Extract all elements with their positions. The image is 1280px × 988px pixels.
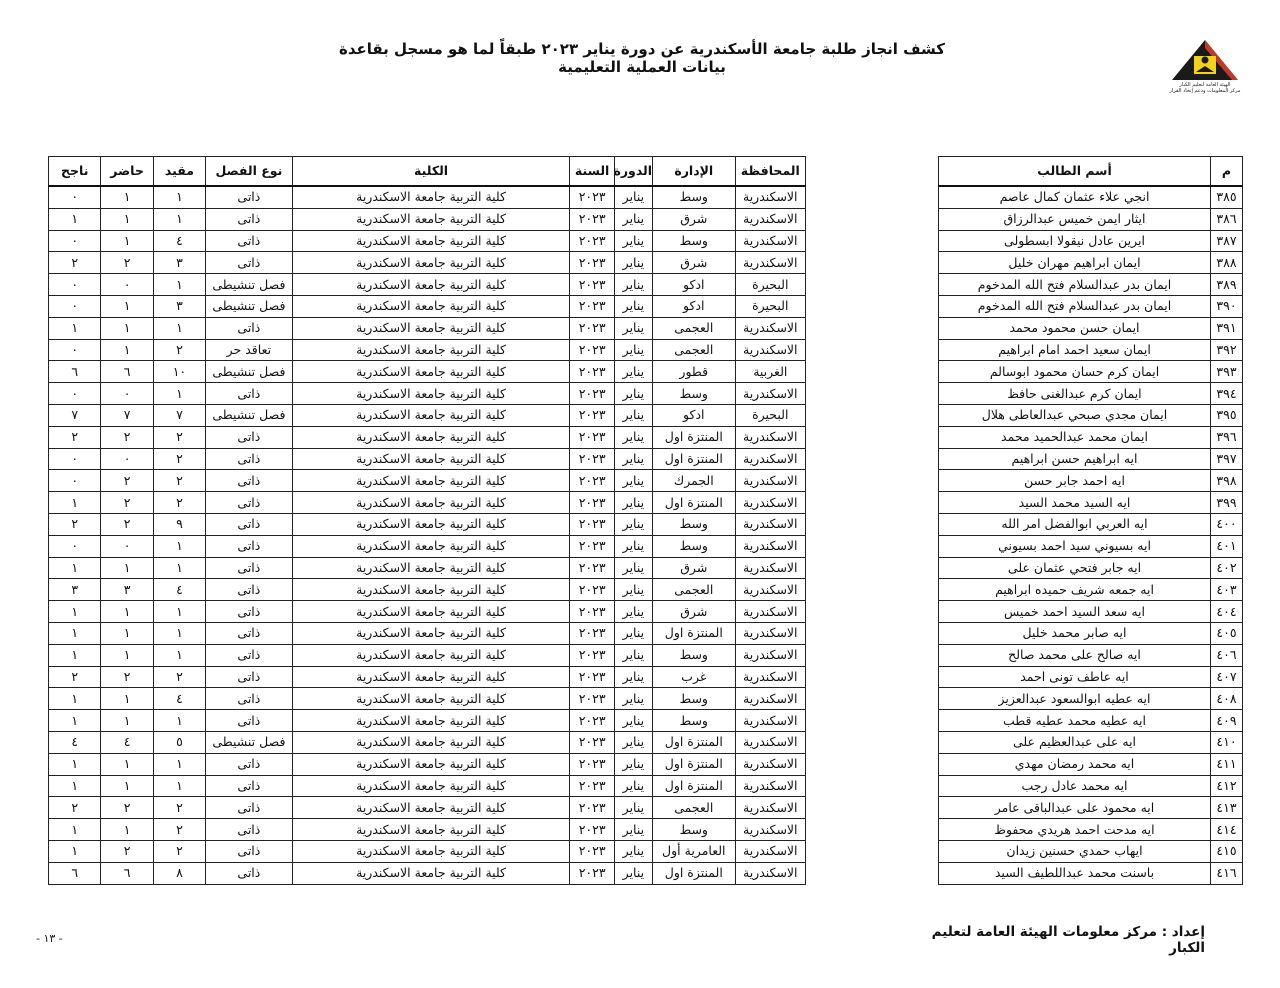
cell-enrolled: ٢ [153, 339, 205, 361]
cell-year: ٢٠٢٣ [570, 230, 614, 252]
cell-faculty: كلية التربية جامعة الاسكندرية [292, 819, 570, 841]
student-row: ٣٨٥انجي علاء عثمان كمال عاصم [939, 186, 1243, 208]
cell-student-name: ايمان محمد عبدالحميد محمد [939, 426, 1211, 448]
cell-class-type: ذاتى [206, 557, 293, 579]
cell-student-name: ايه سعد السيد احمد خميس [939, 601, 1211, 623]
cell-faculty: كلية التربية جامعة الاسكندرية [292, 688, 570, 710]
cell-enrolled: ١ [153, 317, 205, 339]
cell-present: ١ [101, 710, 153, 732]
cell-class-type: ذاتى [206, 622, 293, 644]
cell-enrolled: ٤ [153, 579, 205, 601]
cell-student-name: ايه محمد عادل رجب [939, 775, 1211, 797]
cell-index: ٣٩٩ [1211, 492, 1243, 514]
cell-year: ٢٠٢٣ [570, 557, 614, 579]
cell-student-name: ايمان مجدي صبحي عبدالعاطى هلال [939, 404, 1211, 426]
cell-index: ٤٠٢ [1211, 557, 1243, 579]
student-row: ٣٩٤ايمان كرم عبدالغنى حافظ [939, 383, 1243, 405]
cell-faculty: كلية التربية جامعة الاسكندرية [292, 492, 570, 514]
cell-year: ٢٠٢٣ [570, 535, 614, 557]
cell-year: ٢٠٢٣ [570, 513, 614, 535]
student-row: ٣٨٦ايثار ايمن خميس عبدالرزاق [939, 208, 1243, 230]
cell-administration: المنتزة اول [653, 731, 736, 753]
student-row: ٤١١ايه محمد رمضان مهدي [939, 753, 1243, 775]
cell-year: ٢٠٢٣ [570, 775, 614, 797]
cell-index: ٤٠١ [1211, 535, 1243, 557]
cell-enrolled: ١ [153, 535, 205, 557]
cell-present: ١ [101, 208, 153, 230]
cell-passed: ٢ [49, 666, 101, 688]
cell-class-type: فصل تنشيطى [206, 731, 293, 753]
cell-faculty: كلية التربية جامعة الاسكندرية [292, 361, 570, 383]
cell-class-type: فصل تنشيطى [206, 274, 293, 296]
cell-faculty: كلية التربية جامعة الاسكندرية [292, 230, 570, 252]
cell-enrolled: ٢ [153, 470, 205, 492]
cell-passed: ١ [49, 819, 101, 841]
cell-index: ٤١٠ [1211, 731, 1243, 753]
cell-index: ٤١٥ [1211, 840, 1243, 862]
cell-session: يناير [614, 513, 652, 535]
cell-enrolled: ١ [153, 622, 205, 644]
cell-governorate: الاسكندرية [735, 579, 805, 601]
student-row: ٤٠٣ايه جمعه شريف حميده ابراهيم [939, 579, 1243, 601]
cell-enrolled: ٢ [153, 492, 205, 514]
cell-year: ٢٠٢٣ [570, 317, 614, 339]
cell-enrolled: ٢ [153, 819, 205, 841]
cell-enrolled: ١ [153, 601, 205, 623]
cell-governorate: الاسكندرية [735, 688, 805, 710]
cell-present: ١ [101, 186, 153, 208]
cell-year: ٢٠٢٣ [570, 404, 614, 426]
cell-index: ٣٩٨ [1211, 470, 1243, 492]
cell-present: ١ [101, 601, 153, 623]
cell-enrolled: ٢ [153, 797, 205, 819]
cell-index: ٤١٤ [1211, 819, 1243, 841]
cell-class-type: ذاتى [206, 862, 293, 884]
cell-index: ٣٩١ [1211, 317, 1243, 339]
cell-passed: ٢ [49, 426, 101, 448]
cell-enrolled: ١ [153, 753, 205, 775]
student-row: ٤١٣ايه محمود على عبدالباقى عامر [939, 797, 1243, 819]
details-row: الاسكندريةشرقيناير٢٠٢٣كلية التربية جامعة… [49, 601, 806, 623]
cell-administration: وسط [653, 186, 736, 208]
cell-enrolled: ٤ [153, 230, 205, 252]
cell-present: ٠ [101, 448, 153, 470]
cell-student-name: ايمان كرم حسان محمود ابوسالم [939, 361, 1211, 383]
cell-class-type: ذاتى [206, 230, 293, 252]
cell-student-name: ايه عاطف تونى احمد [939, 666, 1211, 688]
header-administration: الإدارة [653, 157, 736, 187]
cell-passed: ٢ [49, 513, 101, 535]
cell-student-name: ايمان سعيد احمد امام ابراهيم [939, 339, 1211, 361]
details-row: الاسكندريةالعجمىيناير٢٠٢٣كلية التربية جا… [49, 797, 806, 819]
cell-present: ١ [101, 622, 153, 644]
cell-passed: ٧ [49, 404, 101, 426]
cell-student-name: ايه العربي ابوالفضل امر الله [939, 513, 1211, 535]
cell-session: يناير [614, 208, 652, 230]
cell-administration: شرق [653, 601, 736, 623]
details-table-header: المحافظة الإدارة الدورة السنة الكلية نوع… [49, 157, 806, 187]
cell-session: يناير [614, 666, 652, 688]
cell-class-type: فصل تنشيطى [206, 361, 293, 383]
cell-administration: العجمى [653, 579, 736, 601]
cell-present: ٢ [101, 797, 153, 819]
cell-student-name: ايمان بدر عبدالسلام فتح الله المدخوم [939, 274, 1211, 296]
student-row: ٣٩٧ايه ابراهيم حسن ابراهيم [939, 448, 1243, 470]
cell-governorate: الاسكندرية [735, 862, 805, 884]
cell-student-name: ايه عطيه محمد عطيه قطب [939, 710, 1211, 732]
cell-student-name: ايه صالح على محمد صالح [939, 644, 1211, 666]
cell-session: يناير [614, 274, 652, 296]
cell-governorate: الاسكندرية [735, 470, 805, 492]
cell-index: ٤٠٤ [1211, 601, 1243, 623]
cell-administration: العامرية أول [653, 840, 736, 862]
cell-class-type: فصل تنشيطى [206, 404, 293, 426]
cell-student-name: ايه صابر محمد خليل [939, 622, 1211, 644]
cell-student-name: باسنت محمد عبداللطيف السيد [939, 862, 1211, 884]
cell-session: يناير [614, 361, 652, 383]
cell-passed: ٢ [49, 797, 101, 819]
cell-administration: العجمى [653, 797, 736, 819]
details-row: الاسكندريةالمنتزة اوليناير٢٠٢٣كلية الترب… [49, 448, 806, 470]
cell-enrolled: ١ [153, 186, 205, 208]
cell-administration: وسط [653, 513, 736, 535]
cell-governorate: الاسكندرية [735, 230, 805, 252]
header-present: حاضر [101, 157, 153, 187]
cell-faculty: كلية التربية جامعة الاسكندرية [292, 317, 570, 339]
students-table: م أسم الطالب ٣٨٥انجي علاء عثمان كمال عاص… [938, 156, 1243, 885]
cell-student-name: ايهاب حمدي حسنين زيدان [939, 840, 1211, 862]
triangle-reader-icon [1166, 38, 1244, 82]
details-row: البحيرةادكويناير٢٠٢٣كلية التربية جامعة ا… [49, 295, 806, 317]
student-row: ٤١٦باسنت محمد عبداللطيف السيد [939, 862, 1243, 884]
cell-index: ٣٩٧ [1211, 448, 1243, 470]
cell-faculty: كلية التربية جامعة الاسكندرية [292, 775, 570, 797]
cell-enrolled: ١ [153, 383, 205, 405]
cell-enrolled: ٢ [153, 666, 205, 688]
cell-faculty: كلية التربية جامعة الاسكندرية [292, 208, 570, 230]
cell-class-type: ذاتى [206, 513, 293, 535]
cell-year: ٢٠٢٣ [570, 840, 614, 862]
cell-class-type: ذاتى [206, 775, 293, 797]
cell-index: ٤١١ [1211, 753, 1243, 775]
cell-student-name: ايه السيد محمد السيد [939, 492, 1211, 514]
details-row: الاسكندريةالعجمىيناير٢٠٢٣كلية التربية جا… [49, 339, 806, 361]
cell-present: ١ [101, 819, 153, 841]
cell-present: ١ [101, 775, 153, 797]
cell-present: ١ [101, 295, 153, 317]
cell-administration: المنتزة اول [653, 753, 736, 775]
cell-student-name: ايه محمود على عبدالباقى عامر [939, 797, 1211, 819]
cell-faculty: كلية التربية جامعة الاسكندرية [292, 470, 570, 492]
cell-session: يناير [614, 710, 652, 732]
details-row: الاسكندريةالعجمىيناير٢٠٢٣كلية التربية جا… [49, 317, 806, 339]
cell-present: ٢ [101, 840, 153, 862]
cell-administration: الجمرك [653, 470, 736, 492]
cell-class-type: ذاتى [206, 317, 293, 339]
details-row: الاسكندريةالمنتزة اوليناير٢٠٢٣كلية الترب… [49, 731, 806, 753]
cell-present: ٦ [101, 862, 153, 884]
cell-faculty: كلية التربية جامعة الاسكندرية [292, 840, 570, 862]
details-row: الاسكندريةوسطيناير٢٠٢٣كلية التربية جامعة… [49, 535, 806, 557]
cell-governorate: البحيرة [735, 404, 805, 426]
cell-faculty: كلية التربية جامعة الاسكندرية [292, 404, 570, 426]
cell-session: يناير [614, 317, 652, 339]
cell-index: ٣٩٢ [1211, 339, 1243, 361]
cell-faculty: كلية التربية جامعة الاسكندرية [292, 535, 570, 557]
details-row: الاسكندريةوسطيناير٢٠٢٣كلية التربية جامعة… [49, 230, 806, 252]
cell-governorate: الاسكندرية [735, 819, 805, 841]
cell-present: ٠ [101, 535, 153, 557]
details-row: الاسكندريةشرقيناير٢٠٢٣كلية التربية جامعة… [49, 557, 806, 579]
student-row: ٤٠٩ايه عطيه محمد عطيه قطب [939, 710, 1243, 732]
student-row: ٣٨٧ايرين عادل نيقولا ابسطولى [939, 230, 1243, 252]
cell-governorate: الاسكندرية [735, 622, 805, 644]
cell-passed: ٠ [49, 535, 101, 557]
cell-index: ٣٩٣ [1211, 361, 1243, 383]
cell-student-name: ايمان بدر عبدالسلام فتح الله المدخوم [939, 295, 1211, 317]
cell-year: ٢٠٢٣ [570, 731, 614, 753]
cell-governorate: الاسكندرية [735, 513, 805, 535]
cell-passed: ١ [49, 753, 101, 775]
cell-faculty: كلية التربية جامعة الاسكندرية [292, 513, 570, 535]
cell-session: يناير [614, 622, 652, 644]
cell-class-type: ذاتى [206, 753, 293, 775]
cell-governorate: الاسكندرية [735, 426, 805, 448]
cell-present: ١ [101, 688, 153, 710]
details-row: الاسكندريةوسطيناير٢٠٢٣كلية التربية جامعة… [49, 688, 806, 710]
cell-year: ٢٠٢٣ [570, 601, 614, 623]
cell-passed: ١ [49, 710, 101, 732]
header-passed: ناجح [49, 157, 101, 187]
student-row: ٣٩٦ايمان محمد عبدالحميد محمد [939, 426, 1243, 448]
cell-passed: ١ [49, 644, 101, 666]
details-row: الاسكندريةالعامرية أوليناير٢٠٢٣كلية التر… [49, 840, 806, 862]
cell-student-name: ايه جابر فتحي عثمان على [939, 557, 1211, 579]
cell-faculty: كلية التربية جامعة الاسكندرية [292, 426, 570, 448]
cell-passed: ١ [49, 557, 101, 579]
cell-administration: المنتزة اول [653, 622, 736, 644]
cell-index: ٣٨٨ [1211, 252, 1243, 274]
cell-passed: ٠ [49, 186, 101, 208]
cell-enrolled: ١ [153, 274, 205, 296]
details-row: الاسكندريةوسطيناير٢٠٢٣كلية التربية جامعة… [49, 644, 806, 666]
cell-student-name: انجي علاء عثمان كمال عاصم [939, 186, 1211, 208]
cell-student-name: ايمان حسن محمود محمد [939, 317, 1211, 339]
cell-class-type: ذاتى [206, 383, 293, 405]
cell-faculty: كلية التربية جامعة الاسكندرية [292, 601, 570, 623]
details-table: المحافظة الإدارة الدورة السنة الكلية نوع… [48, 156, 806, 885]
cell-passed: ١ [49, 492, 101, 514]
cell-class-type: ذاتى [206, 688, 293, 710]
cell-governorate: الاسكندرية [735, 666, 805, 688]
cell-session: يناير [614, 252, 652, 274]
cell-administration: المنتزة اول [653, 862, 736, 884]
cell-year: ٢٠٢٣ [570, 688, 614, 710]
cell-administration: العجمى [653, 317, 736, 339]
details-row: الاسكندريةالمنتزة اوليناير٢٠٢٣كلية الترب… [49, 492, 806, 514]
header-student-name: أسم الطالب [939, 157, 1211, 187]
cell-year: ٢٠٢٣ [570, 644, 614, 666]
cell-class-type: ذاتى [206, 426, 293, 448]
details-row: الاسكندريةالمنتزة اوليناير٢٠٢٣كلية الترب… [49, 862, 806, 884]
details-row: الاسكندريةشرقيناير٢٠٢٣كلية التربية جامعة… [49, 252, 806, 274]
cell-class-type: ذاتى [206, 186, 293, 208]
cell-passed: ١ [49, 775, 101, 797]
cell-class-type: ذاتى [206, 208, 293, 230]
cell-present: ١ [101, 557, 153, 579]
student-row: ٤١٢ايه محمد عادل رجب [939, 775, 1243, 797]
cell-class-type: ذاتى [206, 448, 293, 470]
cell-administration: شرق [653, 208, 736, 230]
cell-student-name: ايه جمعه شريف حميده ابراهيم [939, 579, 1211, 601]
cell-present: ١ [101, 317, 153, 339]
header-governorate: المحافظة [735, 157, 805, 187]
cell-enrolled: ١ [153, 644, 205, 666]
cell-index: ٣٩٥ [1211, 404, 1243, 426]
cell-present: ٢ [101, 426, 153, 448]
cell-year: ٢٠٢٣ [570, 208, 614, 230]
details-row: الاسكندريةالمنتزة اوليناير٢٠٢٣كلية الترب… [49, 775, 806, 797]
cell-class-type: ذاتى [206, 710, 293, 732]
cell-administration: شرق [653, 252, 736, 274]
cell-index: ٤٠٩ [1211, 710, 1243, 732]
cell-present: ٢ [101, 252, 153, 274]
cell-class-type: ذاتى [206, 601, 293, 623]
cell-present: ٢ [101, 470, 153, 492]
cell-class-type: ذاتى [206, 666, 293, 688]
document-title: كشف انجاز طلبة جامعة الأسكندرية عن دورة … [330, 40, 954, 76]
cell-student-name: ايه مدحت احمد هريدي محفوظ [939, 819, 1211, 841]
details-row: الاسكندريةوسطيناير٢٠٢٣كلية التربية جامعة… [49, 383, 806, 405]
cell-year: ٢٠٢٣ [570, 274, 614, 296]
students-table-header: م أسم الطالب [939, 157, 1243, 187]
cell-session: يناير [614, 644, 652, 666]
cell-faculty: كلية التربية جامعة الاسكندرية [292, 622, 570, 644]
student-row: ٤١٤ايه مدحت احمد هريدي محفوظ [939, 819, 1243, 841]
cell-session: يناير [614, 862, 652, 884]
cell-index: ٣٩٤ [1211, 383, 1243, 405]
cell-administration: وسط [653, 230, 736, 252]
details-row: الاسكندريةالمنتزة اوليناير٢٠٢٣كلية الترب… [49, 426, 806, 448]
cell-enrolled: ١ [153, 557, 205, 579]
cell-year: ٢٠٢٣ [570, 339, 614, 361]
cell-administration: ادكو [653, 295, 736, 317]
header-faculty: الكلية [292, 157, 570, 187]
cell-index: ٤١٦ [1211, 862, 1243, 884]
cell-passed: ٠ [49, 383, 101, 405]
cell-present: ١ [101, 644, 153, 666]
cell-administration: وسط [653, 644, 736, 666]
cell-governorate: الاسكندرية [735, 383, 805, 405]
cell-present: ١ [101, 753, 153, 775]
prepared-label: إعداد : [1162, 924, 1205, 940]
cell-index: ٣٨٩ [1211, 274, 1243, 296]
cell-enrolled: ٤ [153, 688, 205, 710]
cell-session: يناير [614, 797, 652, 819]
cell-index: ٤١٢ [1211, 775, 1243, 797]
cell-session: يناير [614, 448, 652, 470]
cell-faculty: كلية التربية جامعة الاسكندرية [292, 448, 570, 470]
cell-student-name: ايرين عادل نيقولا ابسطولى [939, 230, 1211, 252]
cell-administration: المنتزة اول [653, 775, 736, 797]
cell-index: ٣٨٧ [1211, 230, 1243, 252]
cell-faculty: كلية التربية جامعة الاسكندرية [292, 797, 570, 819]
cell-faculty: كلية التربية جامعة الاسكندرية [292, 862, 570, 884]
header-enrolled: مقيد [153, 157, 205, 187]
cell-year: ٢٠٢٣ [570, 470, 614, 492]
cell-index: ٣٩٠ [1211, 295, 1243, 317]
cell-enrolled: ١٠ [153, 361, 205, 383]
cell-session: يناير [614, 426, 652, 448]
cell-governorate: الغربية [735, 361, 805, 383]
cell-present: ٧ [101, 404, 153, 426]
cell-student-name: ايه احمد جابر حسن [939, 470, 1211, 492]
cell-student-name: ايه على عبدالعظيم على [939, 731, 1211, 753]
cell-enrolled: ٧ [153, 404, 205, 426]
cell-year: ٢٠٢٣ [570, 295, 614, 317]
cell-passed: ١ [49, 840, 101, 862]
cell-session: يناير [614, 383, 652, 405]
cell-student-name: ايثار ايمن خميس عبدالرزاق [939, 208, 1211, 230]
cell-administration: العجمى [653, 339, 736, 361]
cell-student-name: ايمان ابراهيم مهران خليل [939, 252, 1211, 274]
details-row: الاسكندريةوسطيناير٢٠٢٣كلية التربية جامعة… [49, 513, 806, 535]
prepared-by: إعداد : مركز معلومات الهيئة العامة لتعلي… [905, 924, 1205, 956]
cell-year: ٢٠٢٣ [570, 753, 614, 775]
cell-index: ٤٠٧ [1211, 666, 1243, 688]
details-row: الاسكندريةوسطيناير٢٠٢٣كلية التربية جامعة… [49, 710, 806, 732]
cell-passed: ٦ [49, 361, 101, 383]
cell-session: يناير [614, 840, 652, 862]
student-row: ٤٠٢ايه جابر فتحي عثمان على [939, 557, 1243, 579]
cell-year: ٢٠٢٣ [570, 492, 614, 514]
cell-session: يناير [614, 295, 652, 317]
cell-year: ٢٠٢٣ [570, 862, 614, 884]
cell-present: ٢ [101, 666, 153, 688]
cell-class-type: ذاتى [206, 252, 293, 274]
student-row: ٤٠٥ايه صابر محمد خليل [939, 622, 1243, 644]
cell-year: ٢٠٢٣ [570, 666, 614, 688]
cell-session: يناير [614, 492, 652, 514]
cell-class-type: ذاتى [206, 797, 293, 819]
cell-passed: ٢ [49, 252, 101, 274]
cell-year: ٢٠٢٣ [570, 361, 614, 383]
cell-administration: ادكو [653, 274, 736, 296]
details-row: البحيرةادكويناير٢٠٢٣كلية التربية جامعة ا… [49, 404, 806, 426]
cell-index: ٤٠٥ [1211, 622, 1243, 644]
header-index: م [1211, 157, 1243, 187]
cell-passed: ١ [49, 317, 101, 339]
cell-year: ٢٠٢٣ [570, 426, 614, 448]
details-row: الاسكندريةالجمركيناير٢٠٢٣كلية التربية جا… [49, 470, 806, 492]
cell-session: يناير [614, 688, 652, 710]
details-row: الاسكندريةغربيناير٢٠٢٣كلية التربية جامعة… [49, 666, 806, 688]
cell-governorate: البحيرة [735, 295, 805, 317]
student-row: ٤٠٨ايه عطيه ابوالسعود عبدالعزيز [939, 688, 1243, 710]
cell-enrolled: ٨ [153, 862, 205, 884]
student-row: ٤٠٤ايه سعد السيد احمد خميس [939, 601, 1243, 623]
cell-administration: المنتزة اول [653, 492, 736, 514]
cell-enrolled: ١ [153, 710, 205, 732]
cell-enrolled: ٣ [153, 252, 205, 274]
cell-year: ٢٠٢٣ [570, 383, 614, 405]
cell-passed: ٠ [49, 230, 101, 252]
student-row: ٤٠٧ايه عاطف تونى احمد [939, 666, 1243, 688]
student-row: ٤١٥ايهاب حمدي حسنين زيدان [939, 840, 1243, 862]
cell-present: ٣ [101, 579, 153, 601]
cell-enrolled: ٣ [153, 295, 205, 317]
cell-administration: وسط [653, 383, 736, 405]
